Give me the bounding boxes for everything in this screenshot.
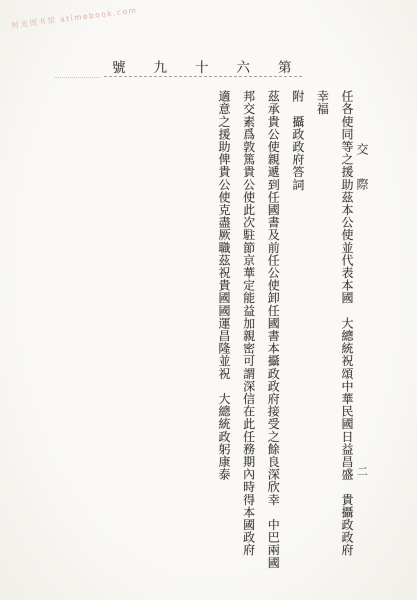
- library-watermark: 时光图书馆 atimebook.com: [11, 5, 138, 31]
- text-column-4: 茲承貴公使親遞到任國書及前任公使卸任國書本攝政政府接受之餘良深欣幸 中巴兩國: [261, 90, 286, 585]
- body-text-block: 任各使同等之援助茲本公使並代表本國 大總統祝頌中華民國日益昌盛 貴攝政政府 幸福…: [211, 90, 359, 585]
- text-column-3: 附 攝政政府答詞: [285, 90, 310, 585]
- text-column-1: 任各使同等之援助茲本公使並代表本國 大總統祝頌中華民國日益昌盛 貴攝政政府: [334, 90, 359, 585]
- text-column-5: 邦交素爲敦篤貴公使此次駐節京華定能益加親密可謂深信在此任務期內時得本國政府: [236, 90, 261, 585]
- header-rule: [104, 76, 302, 77]
- header-rule-artifact: [55, 77, 101, 78]
- text-column-2: 幸福: [310, 90, 335, 585]
- issue-number-heading: 號九十六第: [112, 56, 320, 76]
- scan-page: 时光图书馆 atimebook.com 號九十六第 交際 二 任各使同等之援助茲…: [0, 0, 417, 600]
- text-column-6: 適意之援助俾貴公使克盡厥職茲祝貴國國運昌隆並祝 大總統政躬康泰: [211, 90, 236, 585]
